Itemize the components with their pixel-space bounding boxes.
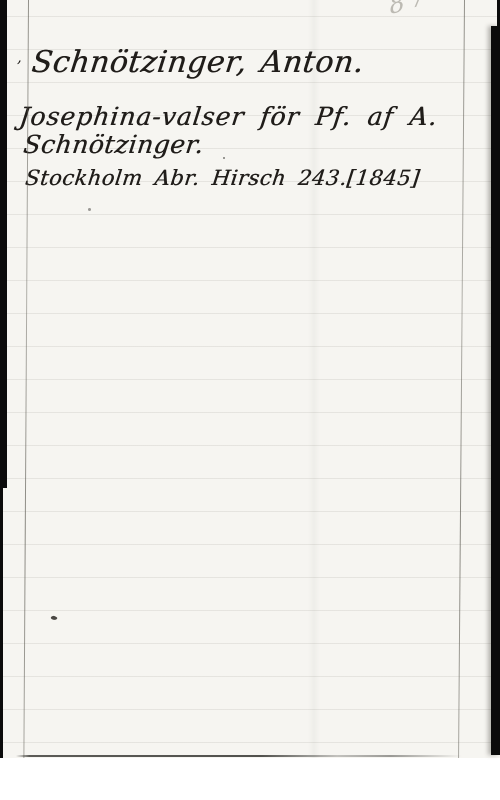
stray-comma-mark: , xyxy=(17,50,22,65)
ink-speck xyxy=(223,157,225,159)
scan-edge-left-lower xyxy=(0,488,3,758)
ink-speck xyxy=(88,208,91,211)
title-line: Josephina-valser för Pf. af A. xyxy=(18,104,439,129)
scanned-catalog-card: 87 D , Schnötzinger, Anton. Josephina-va… xyxy=(0,0,500,800)
imprint-line: Stockholm Abr. Hirsch 243.[1845] xyxy=(24,168,421,189)
title-continuation: Schnötzinger. xyxy=(22,132,205,157)
scan-edge-right xyxy=(491,26,500,755)
heading-author-name: Schnötzinger, Anton. xyxy=(30,48,366,78)
page-bottom-edge xyxy=(16,755,462,757)
scan-edge-left xyxy=(0,0,7,488)
